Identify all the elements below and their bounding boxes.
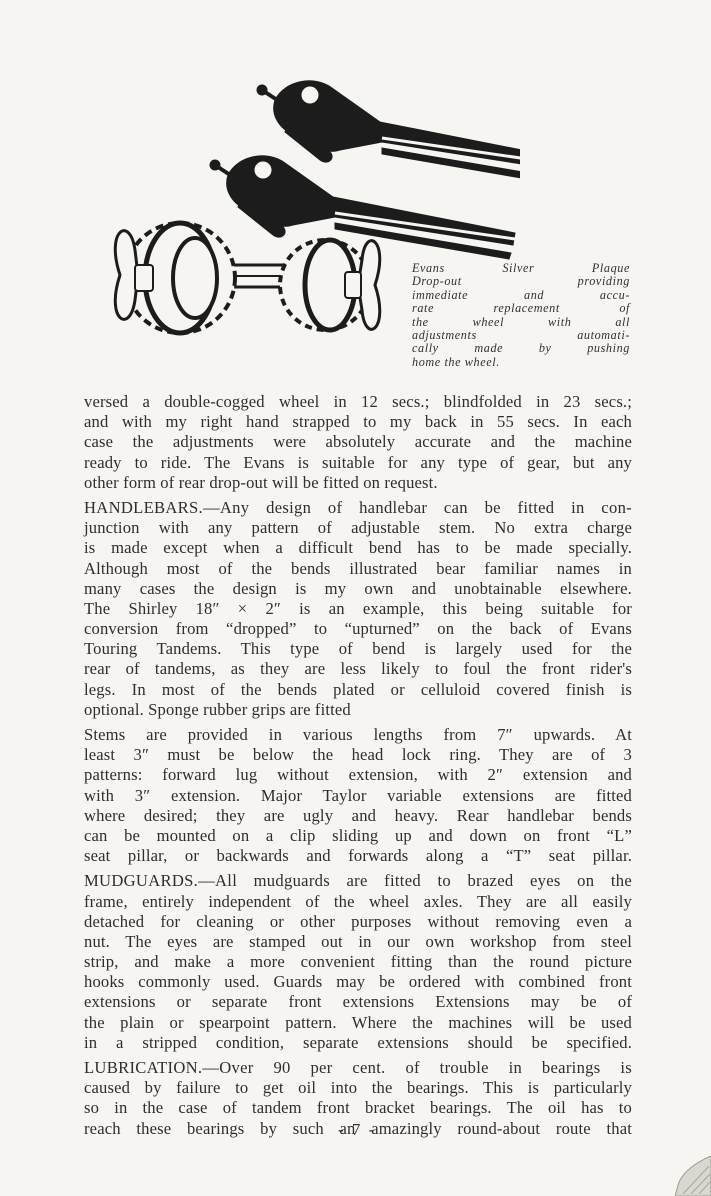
- text-line: many cases the design is my own and unob…: [84, 579, 632, 599]
- text-line: other form of rear drop-out will be fitt…: [84, 473, 632, 493]
- text-line: seat pillar, or backwards and forwards a…: [84, 846, 632, 866]
- caption-line: cally made by pushing: [412, 342, 630, 355]
- text-line: case the adjustments were absolutely acc…: [84, 432, 632, 452]
- section-heading-handlebars: HANDLEBARS.—Any design of handlebar can …: [84, 498, 632, 518]
- paragraph-stems: Stems are provided in various lengths fr…: [84, 725, 632, 866]
- text-line: Although most of the bends illustrated b…: [84, 559, 632, 579]
- text-line: frame, entirely independent of the wheel…: [84, 892, 632, 912]
- caption-line: the wheel with all: [412, 316, 630, 329]
- text-line: detached for cleaning or other purposes …: [84, 912, 632, 932]
- text-line: The Shirley 18″ × 2″ is an example, this…: [84, 599, 632, 619]
- caption-line: Drop-out providing: [412, 275, 630, 288]
- text-line: least 3″ must be below the head lock rin…: [84, 745, 632, 765]
- text-line: caused by failure to get oil into the be…: [84, 1078, 632, 1098]
- text-line: in a stripped condition, separate extens…: [84, 1033, 632, 1053]
- text-line: with 3″ extension. Major Taylor variable…: [84, 786, 632, 806]
- text-line: where desired; they are ugly and heavy. …: [84, 806, 632, 826]
- text-line: junction with any pattern of adjustable …: [84, 518, 632, 538]
- text-line: versed a double-cogged wheel in 12 secs.…: [84, 392, 632, 412]
- text-line: hooks commonly used. Guards may be order…: [84, 972, 632, 992]
- caption-line: immediate and accu-: [412, 289, 630, 302]
- page-corner-fold-icon: [675, 1156, 711, 1196]
- text-line: legs. In most of the bends plated or cel…: [84, 680, 632, 700]
- text-line: Touring Tandems. This type of bend is la…: [84, 639, 632, 659]
- text-line: is made except when a difficult bend has…: [84, 538, 632, 558]
- text-line: and with my right hand strapped to my ba…: [84, 412, 632, 432]
- paragraph-dropout-continuation: versed a double-cogged wheel in 12 secs.…: [84, 392, 632, 493]
- text-line: can be mounted on a clip sliding up and …: [84, 826, 632, 846]
- rear-hub-icon: [115, 223, 379, 333]
- caption-line: Evans Silver Plaque: [412, 262, 630, 275]
- text-line: rear of tandems, as they are less likely…: [84, 659, 632, 679]
- paragraph-handlebars: HANDLEBARS.—Any design of handlebar can …: [84, 498, 632, 720]
- body-text: versed a double-cogged wheel in 12 secs.…: [84, 392, 632, 1144]
- text-line: nut. The eyes are stamped out in our own…: [84, 932, 632, 952]
- upper-dropout-icon: [257, 81, 520, 184]
- document-page: Evans Silver Plaque Drop-out providing i…: [0, 0, 711, 1196]
- section-heading-lubrication: LUBRICATION.—Over 90 per cent. of troubl…: [84, 1058, 632, 1078]
- text-line: ready to ride. The Evans is suitable for…: [84, 453, 632, 473]
- section-heading-mudguards: MUDGUARDS.—All mudguards are fitted to b…: [84, 871, 632, 891]
- text-line: patterns: forward lug without extension,…: [84, 765, 632, 785]
- lower-dropout-icon: [210, 156, 515, 259]
- text-line: conversion from “dropped” to “upturned” …: [84, 619, 632, 639]
- text-line: strip, and make a more convenient fittin…: [84, 952, 632, 972]
- text-line: Stems are provided in various lengths fr…: [84, 725, 632, 745]
- paragraph-mudguards: MUDGUARDS.—All mudguards are fitted to b…: [84, 871, 632, 1053]
- caption-line: home the wheel.: [412, 356, 630, 369]
- caption-line: adjustments automati-: [412, 329, 630, 342]
- text-line: extensions or separate front extensions …: [84, 992, 632, 1012]
- text-line: so in the case of tandem front bracket b…: [84, 1098, 632, 1118]
- page-number: - 7 -: [338, 1120, 376, 1140]
- text-line: optional. Sponge rubber grips are fitted: [84, 700, 632, 720]
- caption-line: rate replacement of: [412, 302, 630, 315]
- text-line: the plain or spearpoint pattern. Where t…: [84, 1013, 632, 1033]
- illustration-caption: Evans Silver Plaque Drop-out providing i…: [412, 262, 630, 369]
